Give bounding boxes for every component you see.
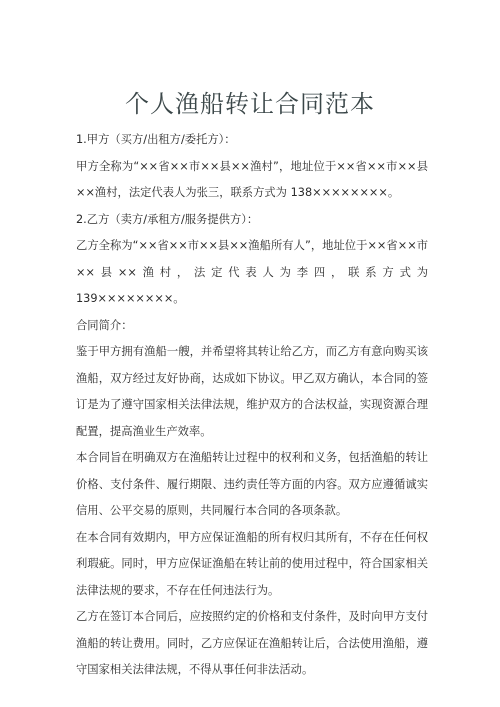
document-title: 个人渔船转让合同范本	[0, 84, 500, 119]
purpose-paragraph: 本合同旨在明确双方在渔船转让过程中的权利和义务，包括渔船的转让价格、支付条件、履…	[76, 445, 428, 525]
party-a-obligations-paragraph: 在本合同有效期内，甲方应保证渔船的所有权归其所有，不存在任何权利瑕疵。同时，甲方…	[76, 525, 428, 605]
contract-intro-heading: 合同简介：	[76, 313, 428, 340]
party-b-details: 乙方全称为“××省××市××县××渔船所有人”，地址位于××省××市××县××渔…	[76, 233, 428, 313]
document-body: 1.甲方（买方/出租方/委托方）： 甲方全称为“××省××市××县××渔村”，地…	[76, 127, 428, 684]
party-b-obligations-paragraph: 乙方在签订本合同后，应按照约定的价格和支付条件，及时向甲方支付渔船的转让费用。同…	[76, 604, 428, 684]
party-a-details: 甲方全称为“××省××市××县××渔村”，地址位于××省××市××县××渔村，法…	[76, 154, 428, 207]
party-a-heading: 1.甲方（买方/出租方/委托方）：	[76, 127, 428, 154]
party-b-heading: 2.乙方（卖方/承租方/服务提供方）：	[76, 207, 428, 234]
intro-paragraph: 鉴于甲方拥有渔船一艘，并希望将其转让给乙方，而乙方有意向购买该渔船，双方经过友好…	[76, 339, 428, 445]
